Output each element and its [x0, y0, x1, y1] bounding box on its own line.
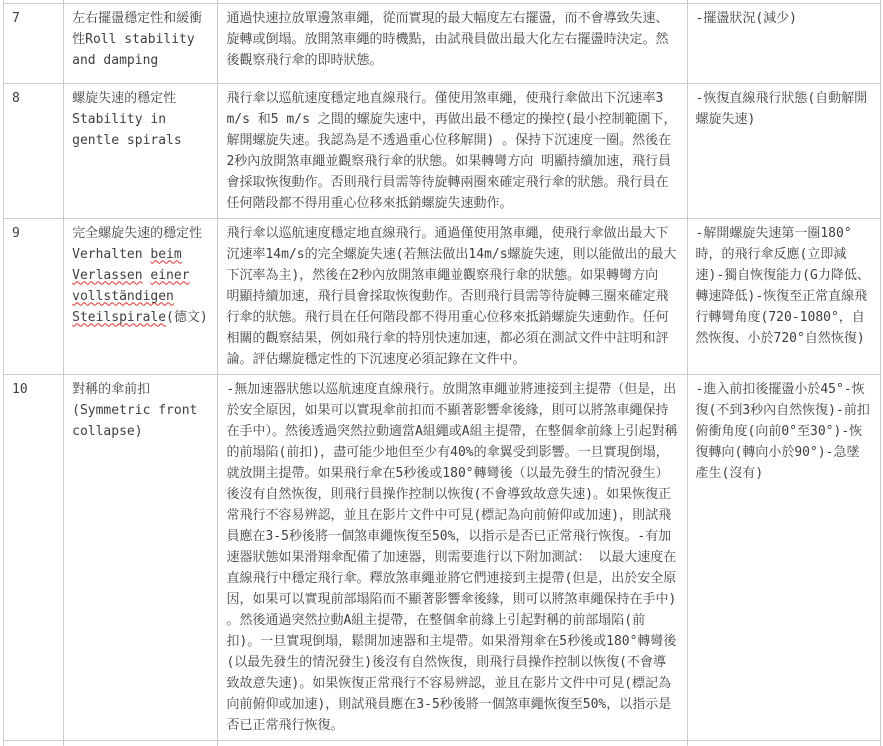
result-cell[interactable]: -恢復直線飛行狀態(自動解開螺旋失速): [687, 83, 880, 218]
misspelled-word[interactable]: Verlassen: [72, 268, 142, 283]
description-cell[interactable]: 飛行傘以巡航速度穩定地直線飛行。通過僅使用煞車繩，使飛行傘做出最大下沉速率14m…: [218, 218, 687, 374]
result-cell[interactable]: -擺盪狀況(減少): [687, 3, 880, 83]
description-cell[interactable]: 飛行傘以巡航速度穩定地直線飛行。僅使用煞車繩，使飛行傘做出下沉速率3 m/s 和…: [218, 83, 687, 218]
table-body: 7左右擺盪穩定性和緩衝性Roll stability and damping通過…: [4, 0, 881, 746]
partial-cell: [687, 740, 880, 746]
table-row: 9完全螺旋失速的穩定性Verhalten beim Verlassen eine…: [4, 218, 881, 374]
table-row: 10對稱的傘前扣 (Symmetric front collapse)-無加速器…: [4, 374, 881, 740]
partial-cell: [64, 740, 218, 746]
test-name-cell[interactable]: 左右擺盪穩定性和緩衝性Roll stability and damping: [64, 3, 218, 83]
misspelled-word[interactable]: beim: [150, 247, 181, 262]
row-number-cell[interactable]: 9: [4, 218, 64, 374]
row-number-cell[interactable]: 10: [4, 374, 64, 740]
test-description-table: 7左右擺盪穩定性和緩衝性Roll stability and damping通過…: [3, 0, 881, 746]
description-cell[interactable]: -無加速器狀態以巡航速度直線飛行。放開煞車繩並將連接到主提帶（但是，出於安全原因…: [218, 374, 687, 740]
test-name-text: (德文): [166, 310, 208, 325]
test-name-cell[interactable]: 完全螺旋失速的穩定性Verhalten beim Verlassen einer…: [64, 218, 218, 374]
test-name-cell[interactable]: 對稱的傘前扣 (Symmetric front collapse): [64, 374, 218, 740]
row-number-cell[interactable]: 8: [4, 83, 64, 218]
test-name-text: 完全螺旋失速的穩定性Verhalten: [72, 226, 202, 262]
result-cell[interactable]: -進入前扣後擺盪小於45°-恢復(不到3秒內自然恢復)-前扣俯衝角度(向前0°至…: [687, 374, 880, 740]
description-cell[interactable]: 通過快速拉放單邊煞車繩，從而實現的最大幅度左右擺盪，而不會導致失速、旋轉或倒塌。…: [218, 3, 687, 83]
row-number-cell[interactable]: 7: [4, 3, 64, 83]
partial-cell: [4, 740, 64, 746]
test-name-text: 螺旋失速的穩定性Stability in gentle spirals: [72, 91, 182, 148]
table-row: 8螺旋失速的穩定性Stability in gentle spirals飛行傘以…: [4, 83, 881, 218]
partial-row-bottom: [4, 740, 881, 746]
misspelled-word[interactable]: vollständigen: [72, 289, 174, 304]
test-name-cell[interactable]: 螺旋失速的穩定性Stability in gentle spirals: [64, 83, 218, 218]
test-name-text: 左右擺盪穩定性和緩衝性Roll stability and damping: [72, 11, 202, 68]
misspelled-word[interactable]: einer: [150, 268, 189, 283]
misspelled-word[interactable]: Steilspirale: [72, 310, 166, 325]
table-row: 7左右擺盪穩定性和緩衝性Roll stability and damping通過…: [4, 3, 881, 83]
result-cell[interactable]: -解開螺旋失速第一圈180°時，的飛行傘反應(立即減速)-獨自恢復能力(G力降低…: [687, 218, 880, 374]
partial-cell: [218, 740, 687, 746]
test-name-text: 對稱的傘前扣 (Symmetric front collapse): [72, 382, 197, 439]
